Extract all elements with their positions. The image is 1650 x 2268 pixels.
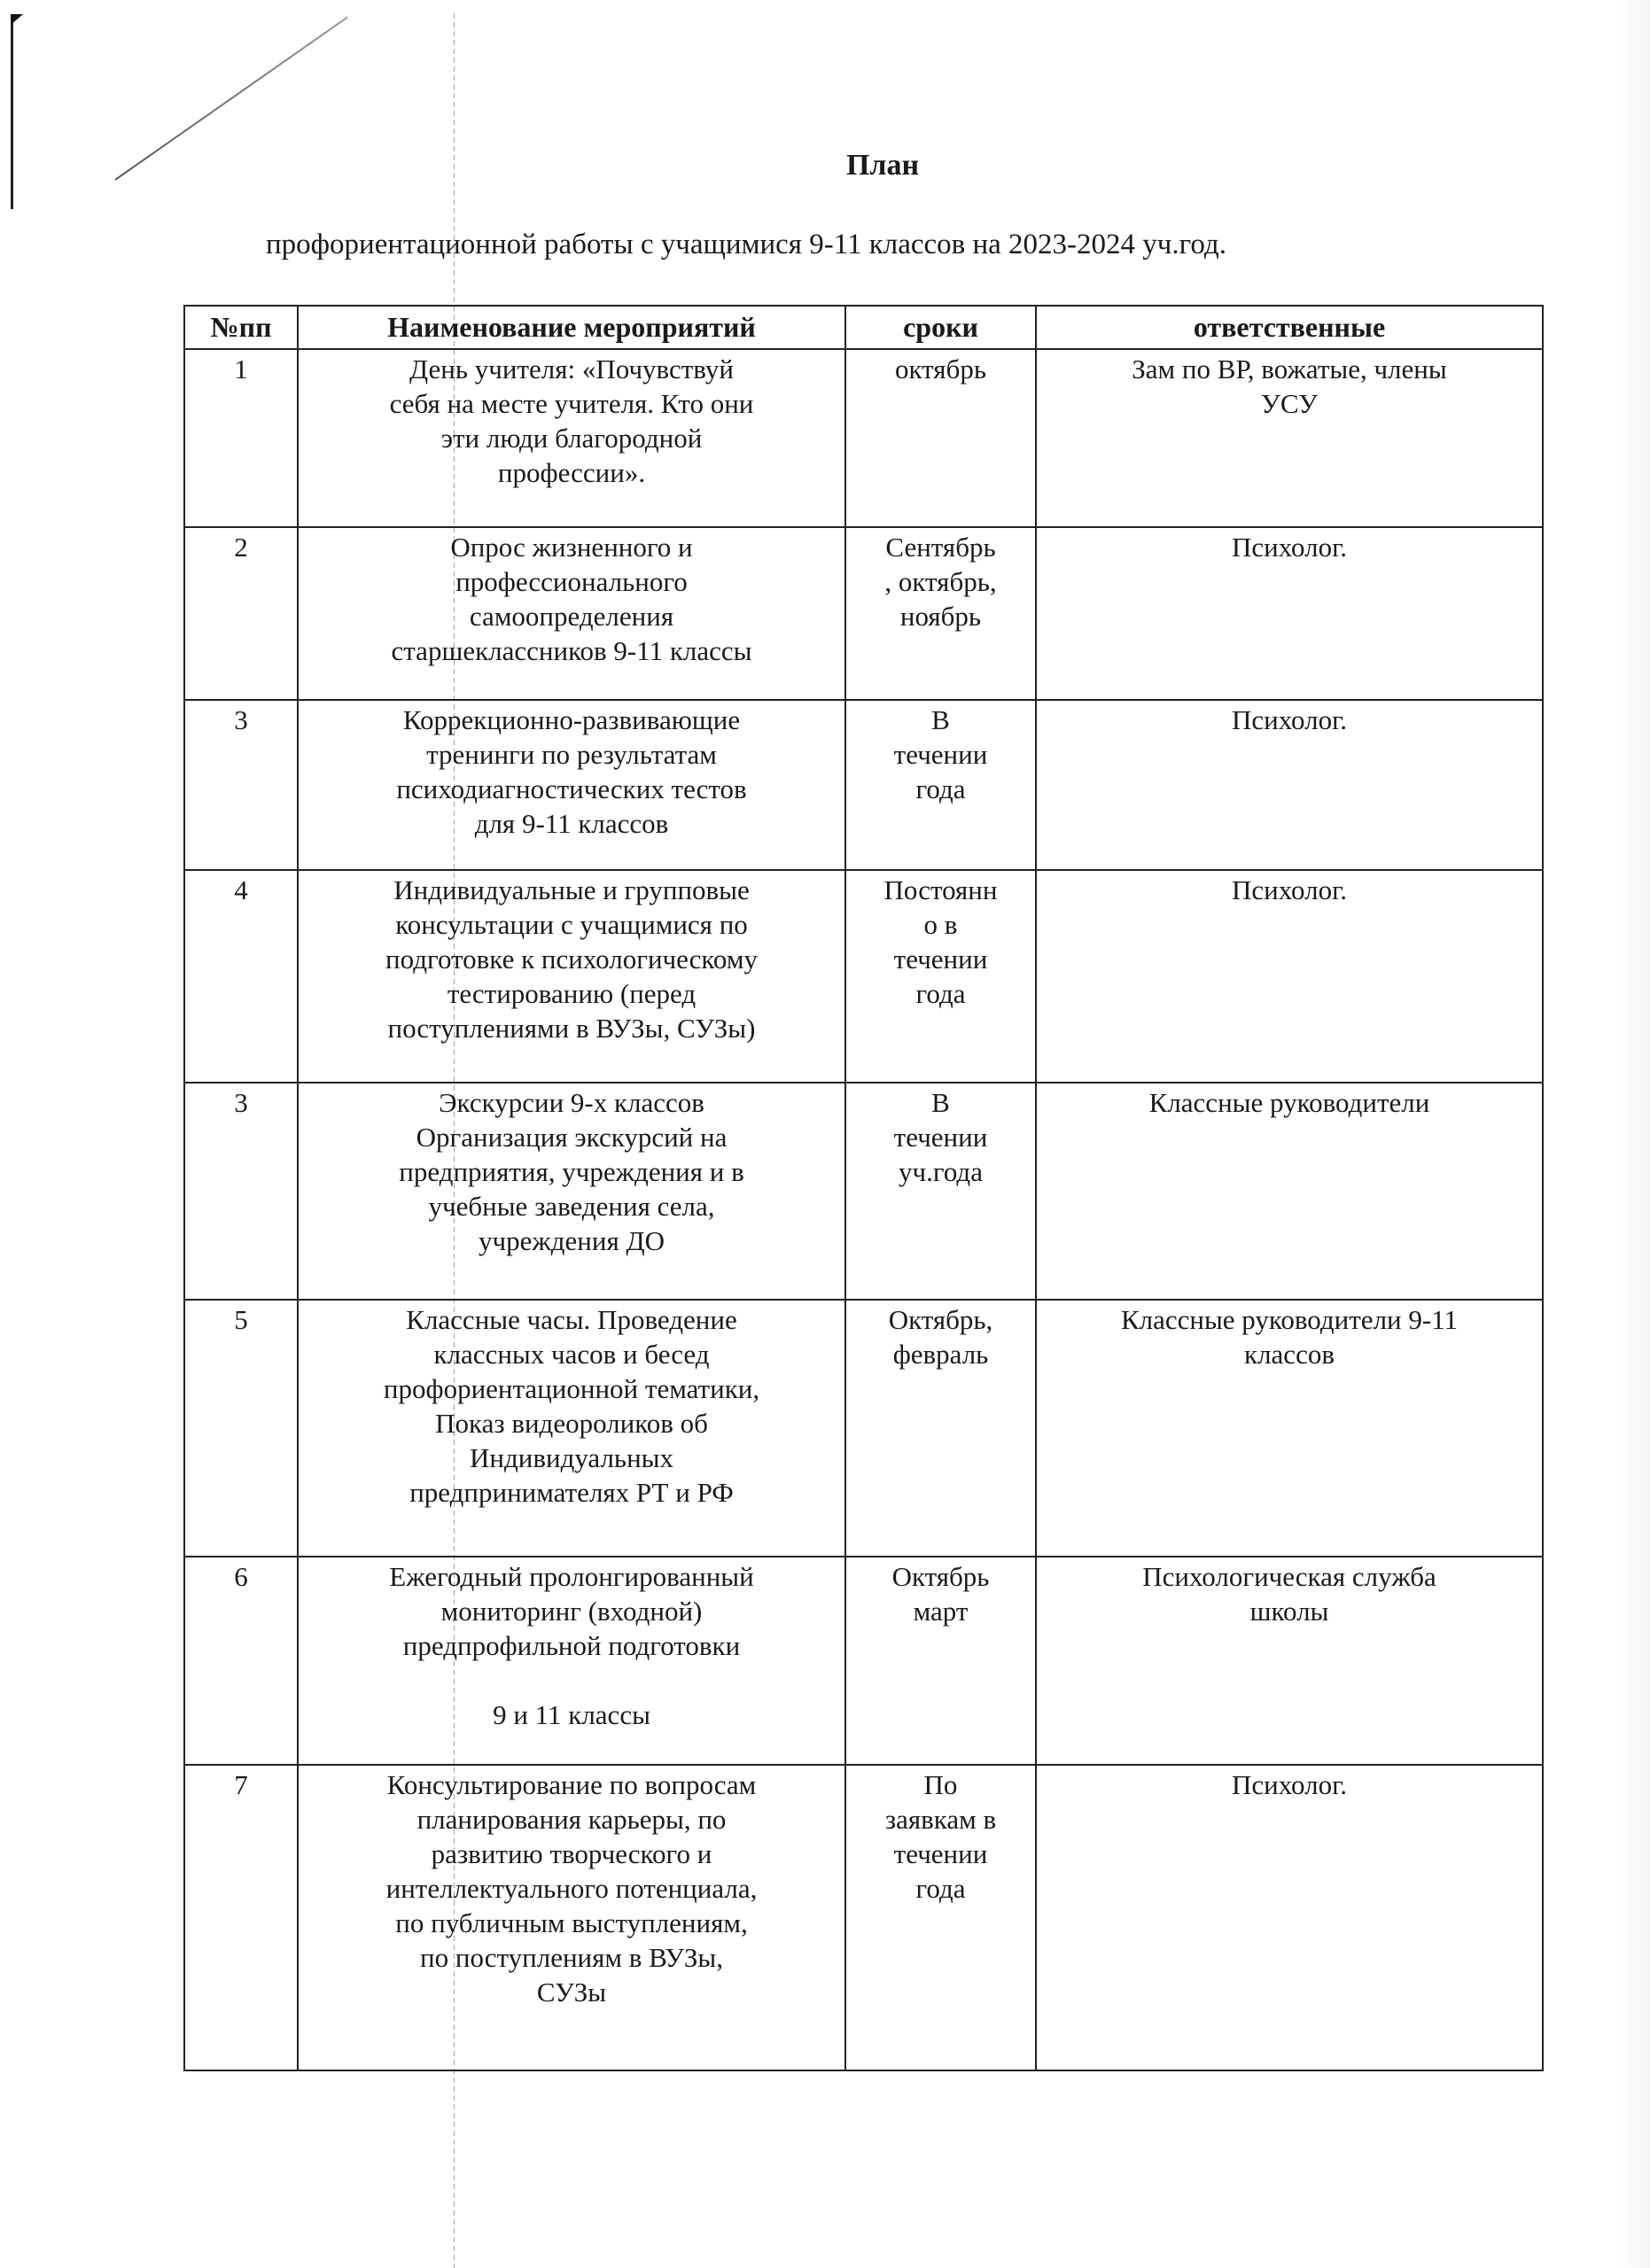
row-number: 1 <box>184 349 298 527</box>
row-number: 3 <box>184 700 298 870</box>
row-number: 6 <box>184 1557 298 1765</box>
row-event: Классные часы. Проведение классных часов… <box>298 1300 845 1557</box>
row-event: Индивидуальные и групповые консультации … <box>298 870 845 1083</box>
row-event: Консультирование по вопросам планировани… <box>298 1765 845 2070</box>
row-responsible: Психолог. <box>1036 1765 1543 2070</box>
row-event: День учителя: «Почувствуй себя на месте … <box>298 349 845 527</box>
document-subtitle: профориентационной работы с учащимися 9-… <box>266 229 1226 261</box>
table-row: 2Опрос жизненного и профессионального са… <box>184 527 1543 700</box>
scan-right-shadow <box>1615 0 1650 2268</box>
header-number: №пп <box>184 306 298 349</box>
row-responsible: Психолог. <box>1036 700 1543 870</box>
row-event: Экскурсии 9-х классов Организация экскур… <box>298 1083 845 1300</box>
row-event: Опрос жизненного и профессионального сам… <box>298 527 845 700</box>
row-dates: октябрь <box>845 349 1036 527</box>
table-header-row: №пп Наименование мероприятий сроки ответ… <box>184 306 1543 349</box>
row-event: Ежегодный пролонгированный мониторинг (в… <box>298 1557 845 1765</box>
row-number: 4 <box>184 870 298 1083</box>
row-number: 7 <box>184 1765 298 2070</box>
row-responsible: Классные руководители <box>1036 1083 1543 1300</box>
table-row: 5Классные часы. Проведение классных часо… <box>184 1300 1543 1557</box>
document-title: План <box>0 149 1650 183</box>
plan-table: №пп Наименование мероприятий сроки ответ… <box>183 305 1544 2071</box>
table-row: 6Ежегодный пролонгированный мониторинг (… <box>184 1557 1543 1765</box>
row-dates: Постоянн о в течении года <box>845 870 1036 1083</box>
row-event: Коррекционно-развивающие тренинги по рез… <box>298 700 845 870</box>
table-row: 1День учителя: «Почувствуй себя на месте… <box>184 349 1543 527</box>
row-responsible: Психолог. <box>1036 870 1543 1083</box>
scan-corner-mark <box>11 14 23 25</box>
row-dates: В течении года <box>845 700 1036 870</box>
table-row: 4Индивидуальные и групповые консультации… <box>184 870 1543 1083</box>
table-row: 7Консультирование по вопросам планирован… <box>184 1765 1543 2070</box>
header-responsible: ответственные <box>1036 306 1543 349</box>
row-responsible: Классные руководители 9-11 классов <box>1036 1300 1543 1557</box>
row-responsible: Психологическая служба школы <box>1036 1557 1543 1765</box>
row-dates: Октябрь март <box>845 1557 1036 1765</box>
header-dates: сроки <box>845 306 1036 349</box>
row-number: 5 <box>184 1300 298 1557</box>
row-dates: По заявкам в течении года <box>845 1765 1036 2070</box>
table-row: 3Коррекционно-развивающие тренинги по ре… <box>184 700 1543 870</box>
row-number: 2 <box>184 527 298 700</box>
row-dates: В течении уч.года <box>845 1083 1036 1300</box>
row-dates: Сентябрь , октябрь, ноябрь <box>845 527 1036 700</box>
header-event: Наименование мероприятий <box>298 306 845 349</box>
row-responsible: Психолог. <box>1036 527 1543 700</box>
row-number: 3 <box>184 1083 298 1300</box>
row-dates: Октябрь, февраль <box>845 1300 1036 1557</box>
table-row: 3Экскурсии 9-х классов Организация экску… <box>184 1083 1543 1300</box>
row-responsible: Зам по ВР, вожатые, члены УСУ <box>1036 349 1543 527</box>
